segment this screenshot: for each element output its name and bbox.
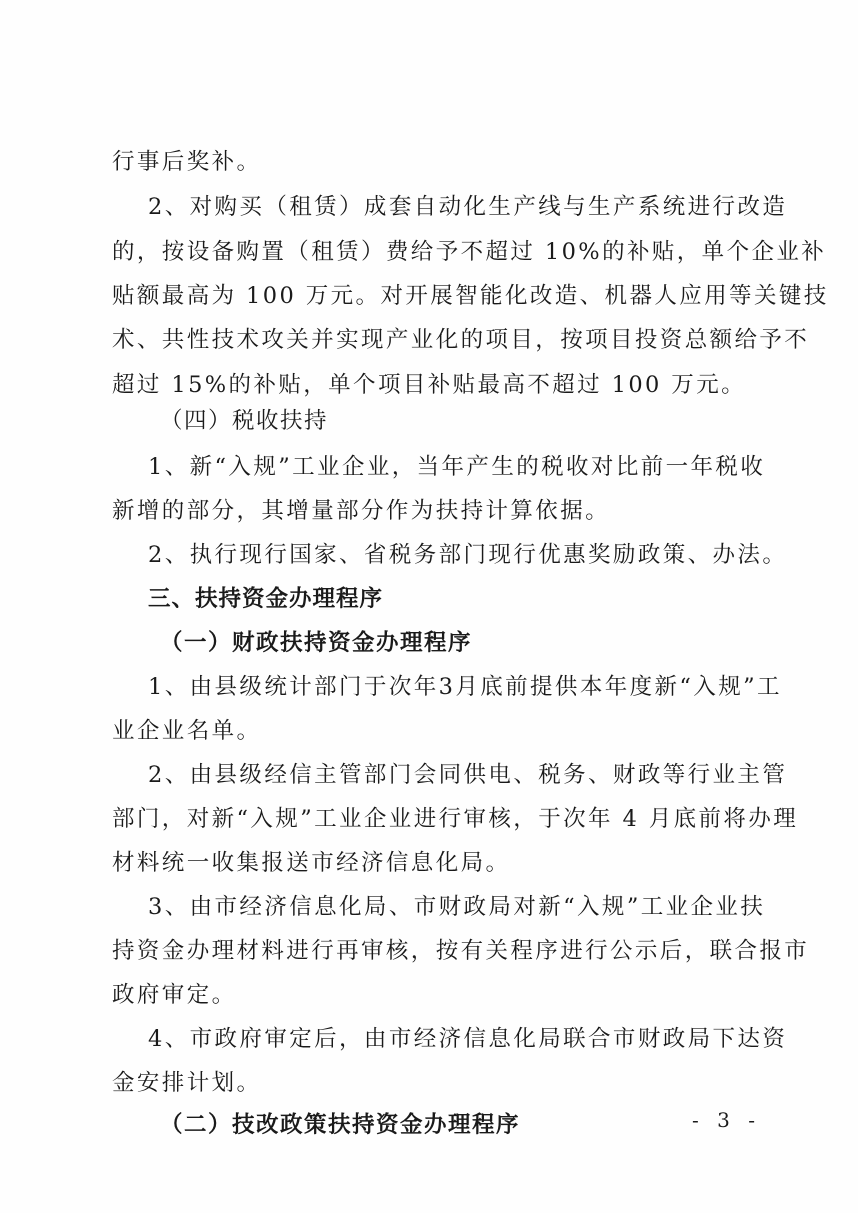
subsection-heading-fiscal: （一）财政扶持资金办理程序 [160, 628, 800, 658]
paragraph-line: 部门，对新“入规”工业企业进行审核，于次年 4 月底前将办理 [112, 804, 752, 834]
paragraph-line: 持资金办理材料进行再审核，按有关程序进行公示后，联合报市 [112, 936, 752, 966]
paragraph-line: 的，按设备购置（租赁）费给予不超过 10%的补贴，单个企业补 [112, 237, 752, 267]
section-heading-procedure: 三、扶持资金办理程序 [148, 584, 788, 614]
paragraph-line: 2、执行现行国家、省税务部门现行优惠奖励政策、办法。 [148, 540, 788, 570]
paragraph-line: 金安排计划。 [112, 1068, 752, 1098]
paragraph-line: 贴额最高为 100 万元。对开展智能化改造、机器人应用等关键技 [112, 281, 752, 311]
paragraph-line: 行事后奖补。 [112, 147, 752, 177]
paragraph-line: 超过 15%的补贴，单个项目补贴最高不超过 100 万元。 [112, 370, 752, 400]
paragraph-line: 2、对购买（租赁）成套自动化生产线与生产系统进行改造 [148, 192, 788, 222]
paragraph-line: 1、新“入规”工业企业，当年产生的税收对比前一年税收 [148, 452, 788, 482]
section-heading-tax-support: （四）税收扶持 [160, 406, 800, 436]
paragraph-line: 1、由县级统计部门于次年3月底前提供本年度新“入规”工 [148, 672, 788, 702]
paragraph-line: 材料统一收集报送市经济信息化局。 [112, 848, 752, 878]
paragraph-line: 政府审定。 [112, 980, 752, 1010]
paragraph-line: 新增的部分，其增量部分作为扶持计算依据。 [112, 496, 752, 526]
paragraph-line: 3、由市经济信息化局、市财政局对新“入规”工业企业扶 [148, 892, 788, 922]
paragraph-line: 4、市政府审定后，由市经济信息化局联合市财政局下达资 [148, 1024, 788, 1054]
paragraph-line: 术、共性技术攻关并实现产业化的项目，按项目投资总额给予不 [112, 325, 752, 355]
page-number: - 3 - [692, 1108, 761, 1132]
paragraph-line: 业企业名单。 [112, 716, 752, 746]
document-page: 行事后奖补。 2、对购买（租赁）成套自动化生产线与生产系统进行改造 的，按设备购… [0, 0, 858, 1213]
paragraph-line: 2、由县级经信主管部门会同供电、税务、财政等行业主管 [148, 760, 788, 790]
